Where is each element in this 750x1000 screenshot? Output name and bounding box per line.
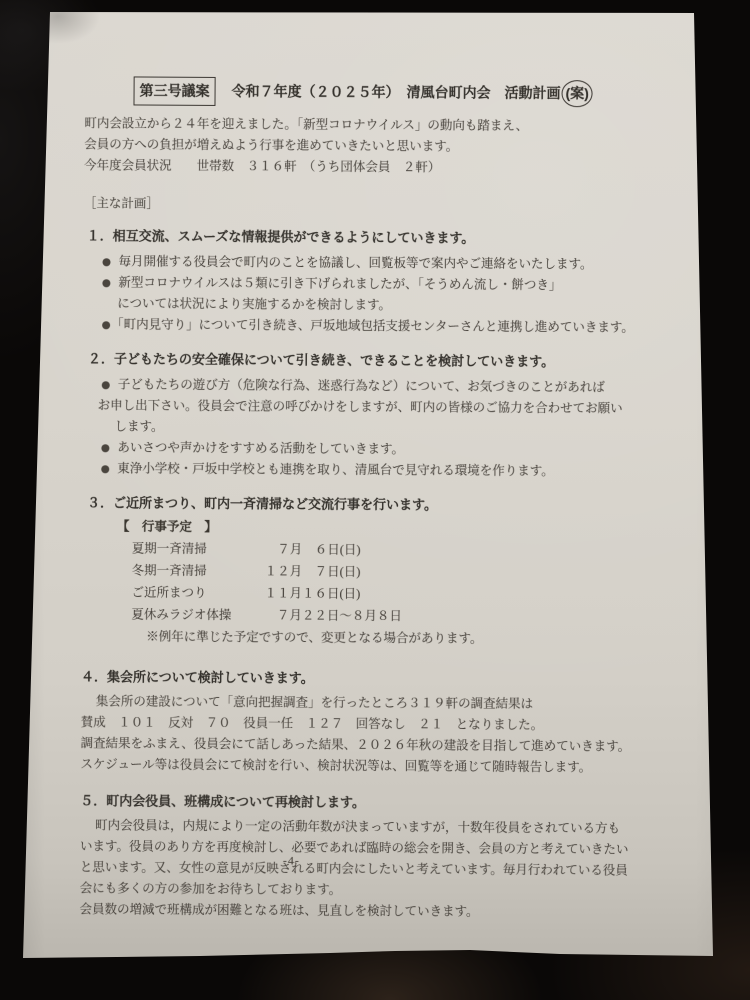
paper-sheet: 第三号議案令和７年度（２０２５年） 清風台町内会 活動計画(案) 町内会設立から… [0, 0, 750, 1000]
section-4-title: 集会所について検討していきます。 [107, 669, 314, 685]
section-4-body: 集会所の建設について「意向把握調査」を行ったところ３１９軒の調査結果は 賛成 １… [0, 691, 746, 780]
draft-stamp: (案) [561, 80, 592, 107]
main-plans-header: ［主な計画］ [84, 193, 749, 218]
section-5-body: 町内会役員は，内規により一定の活動年数が決まっていますが，十数年役員をされている… [0, 815, 745, 925]
bullet-continuation: お申し出下さい。役員会で注意の呼びかけをしますが、町内の皆様のご協力を合わせてお… [98, 395, 748, 420]
document-content: 第三号議案令和７年度（２０２５年） 清風台町内会 活動計画(案) 町内会設立から… [0, 0, 750, 1000]
section-5-title: 町内会役員、班構成について再検討します。 [106, 793, 365, 810]
event-date: ７月２２日～８月８日 [264, 604, 402, 627]
section-2-bullets: 子どもたちの遊び方（危険な行為、迷惑行為など）について、お気づきのことがあれば … [0, 374, 748, 484]
section-2-number: ２． [88, 351, 114, 366]
intro-line: 今年度会員状況 世帯数 ３１６軒 （うち団体会員 ２軒） [84, 155, 749, 180]
event-date: ７月 ６日(日) [265, 538, 361, 561]
bullet-icon [101, 465, 109, 473]
section-5-number: ５． [80, 793, 106, 808]
bullet-icon [101, 444, 109, 452]
bullet-text: あいさつや声かけをすすめる活動をしていきます。 [117, 437, 404, 460]
section-1-number: １． [87, 228, 113, 243]
bullet-icon [102, 258, 110, 266]
events-note: ※例年に準じた予定ですので、変更となる場合があります。 [146, 626, 746, 652]
body-line: スケジュール等は役員会にて検討を行い、検討状況等は、回覧等を通じて随時報告します… [80, 754, 745, 779]
photo-background: 第三号議案令和７年度（２０２５年） 清風台町内会 活動計画(案) 町内会設立から… [0, 0, 750, 1000]
section-3-title: ご近所まつり、町内一斉清掃など交流行事を行います。 [113, 495, 437, 512]
body-line: 会員数の増減で班構成が困難となる班は、見直しを検討していきます。 [80, 899, 745, 924]
document-title: 第三号議案令和７年度（２０２５年） 清風台町内会 活動計画(案) [133, 76, 749, 109]
title-text: 令和７年度（２０２５年） 清風台町内会 活動計画 [232, 83, 561, 101]
proposal-number-box: 第三号議案 [133, 76, 215, 106]
section-5-heading: ５．町内会役員、班構成について再検討します。 [80, 790, 745, 816]
section-1-bullets: 毎月開催する役員会で町内のことを協議し、回覧板等で案内やご連絡をいたします。 新… [0, 251, 749, 340]
event-name: 冬期一斉清掃 [132, 559, 265, 582]
intro-paragraph: 町内会設立から２４年を迎えました。「新型コロナウイルス」の動向も踏まえ、 会員の… [84, 113, 749, 180]
events-table: 夏期一斉清掃 ７月 ６日(日) 冬期一斉清掃１２月 ７日(日) ご近所まつり１１… [0, 537, 747, 630]
section-3-heading: ３．ご近所まつり、町内一斉清掃など交流行事を行います。 [87, 492, 747, 518]
section-3-number: ３． [87, 495, 113, 510]
bullet-item: 「町内見守り」について引き続き、戸坂地域包括支援センターさんと連携し進めていきま… [102, 314, 748, 339]
bullet-icon [102, 321, 110, 329]
event-name: 夏休みラジオ体操 [131, 603, 264, 626]
event-name: 夏期一斉清掃 [132, 537, 265, 560]
section-1-title: 相互交流、スムーズな情報提供ができるようにしていきます。 [113, 228, 475, 245]
section-4-heading: ４．集会所について検討していきます。 [81, 666, 746, 692]
section-1-heading: １．相互交流、スムーズな情報提供ができるようにしていきます。 [87, 225, 749, 251]
bullet-icon [102, 381, 110, 389]
bullet-text: 東浄小学校・戸坂中学校とも連携を取り、清風台で見守れる環境を作ります。 [117, 458, 554, 482]
event-date: １２月 ７日(日) [265, 560, 361, 583]
section-2-heading: ２．子どもたちの安全確保について引き続き、できることを検討していきます。 [88, 348, 748, 374]
bullet-text: 子どもたちの遊び方（危険な行為、迷惑行為など）について、お気づきのことがあれば [118, 374, 605, 398]
page-number: -4- [283, 850, 300, 871]
bullet-item: 東浄小学校・戸坂中学校とも連携を取り、清風台で見守れる環境を作ります。 [101, 458, 747, 483]
section-4-number: ４． [81, 669, 107, 684]
bullet-text: 毎月開催する役員会で町内のことを協議し、回覧板等で案内やご連絡をいたします。 [118, 251, 592, 275]
bullet-icon [102, 279, 110, 287]
bullet-text: 「町内見守り」について引き続き、戸坂地域包括支援センターさんと連携し進めていきま… [111, 314, 634, 338]
event-date: １１月１６日(日) [264, 582, 360, 605]
section-2-title: 子どもたちの安全確保について引き続き、できることを検討していきます。 [114, 351, 554, 369]
bullet-text: 新型コロナウイルスは５類に引き下げられましたが、「そうめん流し・餅つき」 [118, 272, 561, 296]
event-name: ご近所まつり [131, 581, 264, 604]
